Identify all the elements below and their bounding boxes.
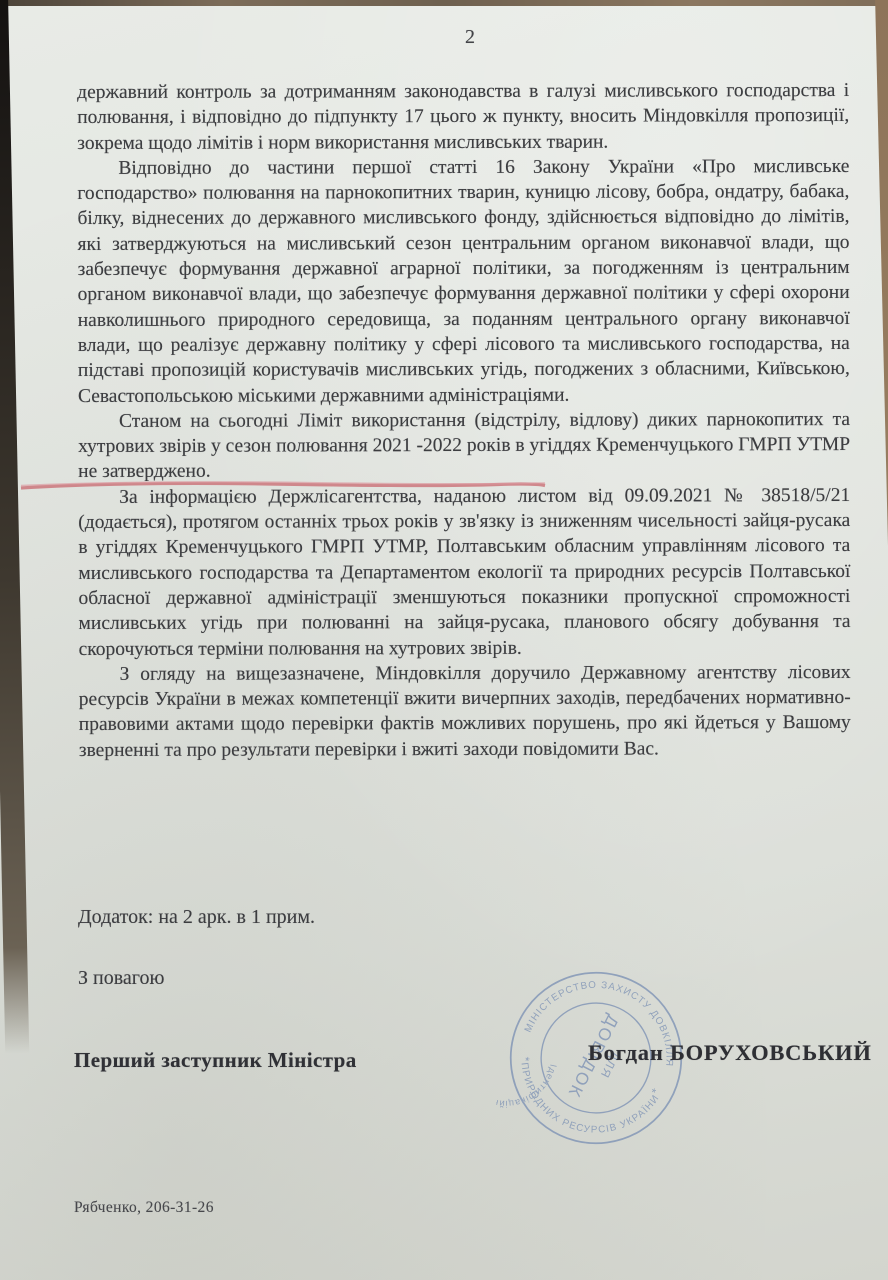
letter-body: державний контроль за дотриманням законо… <box>77 78 851 763</box>
paragraph: Станом на сьогодні Ліміт використання (в… <box>78 407 850 485</box>
page-number: 2 <box>52 26 888 49</box>
attachment-line: Додаток: на 2 арк. в 1 прим. <box>78 906 315 929</box>
executor-reference: Рябченко, 206-31-26 <box>74 1199 214 1217</box>
signatory-name: Богдан БОРУХОВСЬКИЙ <box>588 1040 872 1066</box>
scan-edge-top <box>0 0 888 6</box>
page: 2 державний контроль за дотриманням зако… <box>0 0 888 1280</box>
paragraph: Відповідно до частини першої статті 16 З… <box>77 154 850 409</box>
scan-edge-left <box>0 0 29 1054</box>
paragraph: З огляду на вищезазначене, Міндовкілля д… <box>79 660 851 763</box>
scan-edge-right <box>875 0 888 1114</box>
paragraph: державний контроль за дотриманням законо… <box>77 78 849 156</box>
closing-salutation: З повагою <box>78 967 164 990</box>
paragraph: За інформацією Держлісагентства, наданою… <box>78 483 850 662</box>
signatory-title: Перший заступник Міністра <box>74 1048 357 1073</box>
